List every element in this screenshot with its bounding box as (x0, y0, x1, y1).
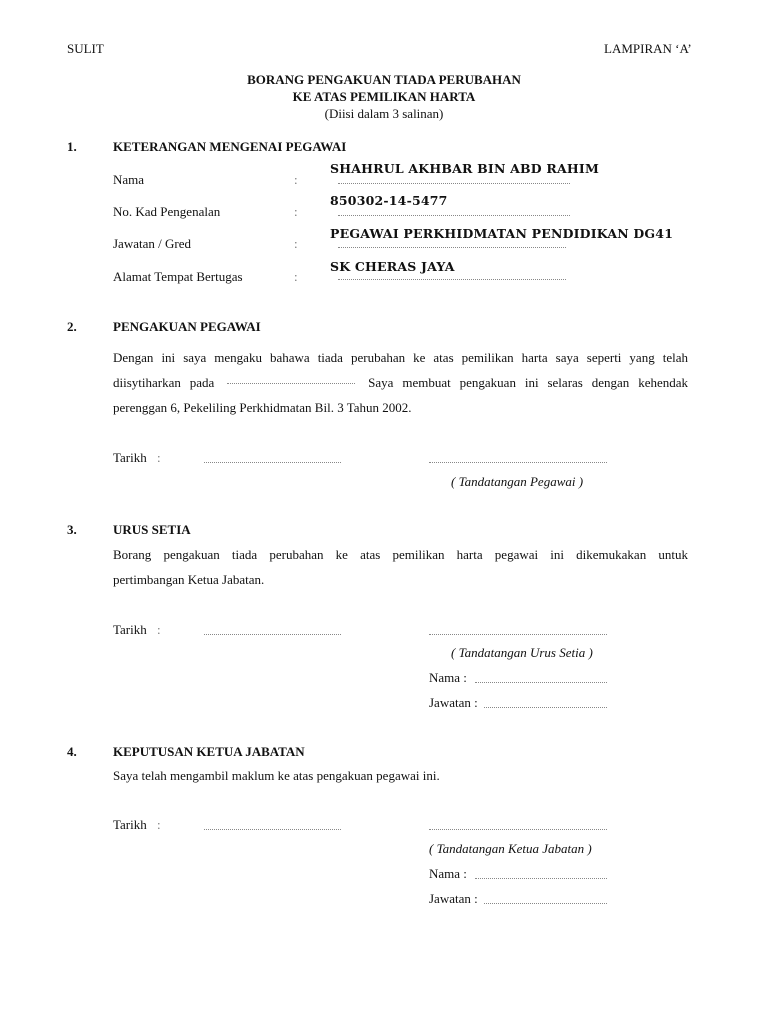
paragraph-text: Saya membuat pengakuan ini selaras denga… (368, 375, 688, 390)
date-blank[interactable] (204, 634, 341, 635)
section2-number: 2. (67, 319, 77, 335)
section3-number: 3. (67, 522, 77, 538)
form-subtitle: (Diisi dalam 3 salinan) (0, 106, 768, 122)
field-label: No. Kad Pengenalan (113, 204, 220, 220)
position-label: Jawatan : (429, 891, 478, 907)
paragraph-line: perenggan 6, Pekeliling Perkhidmatan Bil… (113, 395, 688, 420)
form-title-line1: BORANG PENGAKUAN TIADA PERUBAHAN (0, 72, 768, 88)
signature-line[interactable] (429, 634, 607, 635)
field-colon: : (294, 269, 298, 285)
fill-line (338, 247, 566, 248)
position-blank[interactable] (484, 707, 607, 708)
signature-line[interactable] (429, 462, 607, 463)
position-blank[interactable] (484, 903, 607, 904)
signature-caption: ( Tandatangan Ketua Jabatan ) (429, 841, 592, 857)
name-label: Nama : (429, 866, 467, 882)
field-value-name[interactable]: SHAHRUL AKHBAR BIN ABD RAHIM (330, 161, 599, 176)
section2-heading: PENGAKUAN PEGAWAI (113, 319, 261, 335)
field-label: Jawatan / Gred (113, 236, 191, 252)
date-colon: : (157, 622, 161, 638)
section3-paragraph: Borang pengakuan tiada perubahan ke atas… (113, 542, 688, 592)
section2-paragraph: Dengan ini saya mengaku bahawa tiada per… (113, 345, 688, 420)
paragraph-line: Dengan ini saya mengaku bahawa tiada per… (113, 345, 688, 370)
date-label: Tarikh (113, 450, 147, 466)
name-label: Nama : (429, 670, 467, 686)
date-label: Tarikh (113, 817, 147, 833)
field-value-address[interactable]: SK CHERAS JAYA (330, 259, 455, 274)
section3-heading: URUS SETIA (113, 522, 191, 538)
appendix-label: LAMPIRAN ‘A’ (604, 41, 692, 57)
paragraph-text: diisytiharkan pada (113, 375, 214, 390)
fill-line (338, 279, 566, 280)
signature-line[interactable] (429, 829, 607, 830)
field-value-position[interactable]: PEGAWAI PERKHIDMATAN PENDIDIKAN DG41 (330, 226, 673, 241)
declaration-date-blank[interactable] (227, 383, 355, 384)
paragraph-line: pertimbangan Ketua Jabatan. (113, 567, 688, 592)
date-blank[interactable] (204, 462, 341, 463)
date-colon: : (157, 817, 161, 833)
classification-label: SULIT (67, 41, 104, 57)
signature-caption: ( Tandatangan Urus Setia ) (451, 645, 593, 661)
form-title-line2: KE ATAS PEMILIKAN HARTA (0, 89, 768, 105)
field-colon: : (294, 172, 298, 188)
field-value-ic[interactable]: 850302-14-5477 (330, 193, 448, 208)
date-label: Tarikh (113, 622, 147, 638)
fill-line (338, 183, 570, 184)
fill-line (338, 215, 570, 216)
field-colon: : (294, 236, 298, 252)
signature-caption: ( Tandatangan Pegawai ) (451, 474, 583, 490)
field-colon: : (294, 204, 298, 220)
paragraph-line: Borang pengakuan tiada perubahan ke atas… (113, 542, 688, 567)
field-label: Alamat Tempat Bertugas (113, 269, 243, 285)
section1-number: 1. (67, 139, 77, 155)
section4-number: 4. (67, 744, 77, 760)
name-blank[interactable] (475, 878, 607, 879)
date-colon: : (157, 450, 161, 466)
position-label: Jawatan : (429, 695, 478, 711)
section4-paragraph: Saya telah mengambil maklum ke atas peng… (113, 768, 440, 784)
name-blank[interactable] (475, 682, 607, 683)
section1-heading: KETERANGAN MENGENAI PEGAWAI (113, 139, 346, 155)
paragraph-line: diisytiharkan pada Saya membuat pengakua… (113, 370, 688, 395)
date-blank[interactable] (204, 829, 341, 830)
section4-heading: KEPUTUSAN KETUA JABATAN (113, 744, 305, 760)
field-label: Nama (113, 172, 144, 188)
